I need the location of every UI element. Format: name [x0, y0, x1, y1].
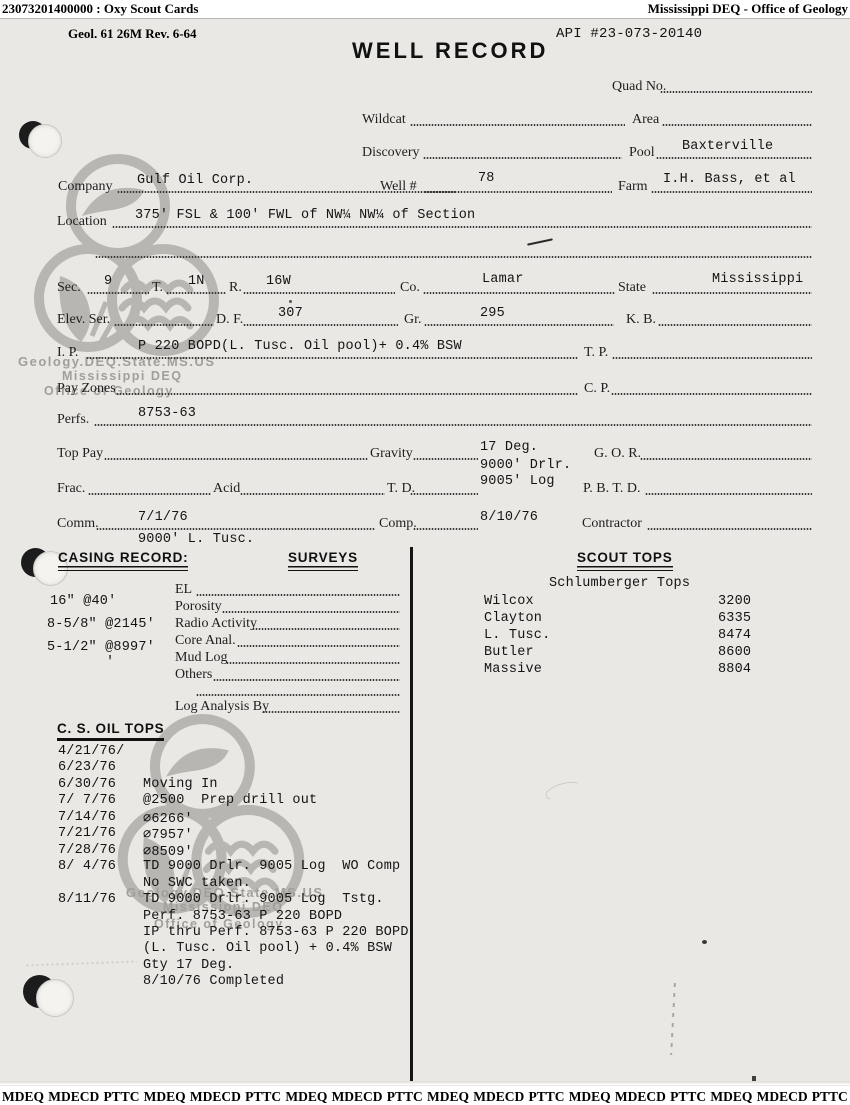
dotted-line [252, 628, 400, 630]
scout-top-depth: 8474 [718, 628, 751, 643]
field-wildcat-label: Wildcat [362, 112, 406, 128]
field-ip-value: P 220 BOPD(L. Tusc. Oil pool)+ 0.4% BSW [138, 339, 462, 354]
dotted-line [658, 324, 812, 326]
oil-tops-date: 7/21/76 [58, 826, 116, 841]
dotted-line [88, 493, 211, 495]
oil-tops-date: 6/23/76 [58, 760, 116, 775]
field-county-label: Co. [400, 280, 420, 296]
oil-tops-note: IP thru Perf. 8753-63 P 220 BOPD [143, 925, 409, 940]
dotted-line [94, 424, 812, 426]
api-number: API #23-073-20140 [556, 26, 702, 42]
field-gr-value: 295 [480, 306, 505, 321]
oil-tops-date: 7/28/76 [58, 843, 116, 858]
field-pool-label: Pool [629, 145, 655, 161]
field-contractor-label: Contractor [582, 516, 642, 532]
dotted-line [410, 493, 478, 495]
field-well-no-label: Well # [380, 179, 417, 195]
field-state-label: State [618, 280, 646, 296]
dotted-line [240, 493, 385, 495]
dotted-line [196, 594, 400, 596]
footer-org-label: MDECD [615, 1089, 666, 1105]
scout-top-name: Wilcox [484, 594, 534, 609]
dotted-line [423, 157, 622, 159]
field-range-value: 16W [266, 274, 291, 289]
dotted-line [413, 458, 478, 460]
survey-item-label: Radio Activity [175, 616, 257, 632]
field-elev-ser-label: Elev. Ser. [57, 312, 110, 328]
field-comp-label: Comp. [379, 516, 417, 532]
casing-item: 5-1/2" @8997' [47, 640, 155, 655]
survey-item-label: Mud Log [175, 650, 228, 666]
field-sec-label: Sec. [57, 280, 81, 296]
ink-speck [702, 940, 707, 944]
oil-tops-note: @2500 Prep drill out [143, 793, 317, 808]
field-township-label: T. [152, 280, 163, 296]
footer-org-label: MDEQ [569, 1089, 611, 1105]
scout-top-name: Massive [484, 662, 542, 677]
dotted-line [656, 157, 812, 159]
dotted-line [424, 324, 614, 326]
field-state-value: Mississippi [712, 272, 803, 287]
scout-top-depth: 3200 [718, 594, 751, 609]
dotted-line [226, 662, 400, 664]
field-acid-label: Acid [213, 481, 240, 497]
scanned-well-record-page: 23073201400000 : Oxy Scout Cards Mississ… [0, 0, 850, 1105]
dotted-line [166, 292, 226, 294]
dotted-line [645, 493, 812, 495]
oil-tops-date: 8/11/76 [58, 892, 116, 907]
footer-org-label: MDEQ [285, 1089, 327, 1105]
surveys-heading: SURVEYS [288, 550, 358, 571]
card-bottom-edge [0, 1081, 850, 1085]
footer-org-label: MDEQ [710, 1089, 752, 1105]
footer-org-label: MDECD [473, 1089, 524, 1105]
dotted-line [237, 645, 400, 647]
dotted-line [611, 393, 812, 395]
field-comp-value: 8/10/76 [480, 510, 538, 525]
casing-item: 8-5/8" @2145' [47, 617, 155, 632]
field-location-label: Location [57, 214, 107, 230]
dotted-line [647, 528, 812, 530]
field-farm-value: I.H. Bass, et al [663, 172, 796, 187]
survey-item-label: EL [175, 582, 192, 598]
dotted-line [660, 91, 812, 93]
footer-org-label: PTTC [387, 1089, 423, 1105]
footer-org-label: PTTC [812, 1089, 848, 1105]
oil-tops-note: Perf. 8753-63 P 220 BOPD [143, 909, 342, 924]
dotted-line [95, 256, 812, 258]
field-comm-value: 7/1/76 [138, 510, 188, 525]
dotted-line [213, 679, 400, 681]
field-well-no-value: 78 [478, 171, 495, 186]
dotted-line [112, 226, 812, 228]
scan-card-id: 23073201400000 : Oxy Scout Cards [2, 1, 198, 17]
field-gr-label: Gr. [404, 312, 422, 328]
scout-top-depth: 6335 [718, 611, 751, 626]
oil-tops-note: No SWC taken. [143, 876, 251, 891]
dotted-line [222, 611, 400, 613]
log-analysis-by-label: Log Analysis By [175, 699, 269, 715]
stray-tick-mark: ' [106, 655, 114, 670]
scan-header-bar: 23073201400000 : Oxy Scout Cards Mississ… [0, 0, 850, 17]
oil-tops-date: 7/14/76 [58, 810, 116, 825]
field-comm-label: Comm. [57, 516, 99, 532]
oil-tops-note: (L. Tusc. Oil pool) + 0.4% BSW [143, 941, 392, 956]
oil-tops-date: 7/ 7/76 [58, 793, 116, 808]
oil-tops-note: ∅7957' [143, 826, 193, 843]
footer-org-label: MDEQ [2, 1089, 44, 1105]
field-tp-label: T. P. [584, 345, 608, 361]
field-gravity-label: Gravity [370, 446, 413, 462]
page-title: WELL RECORD [352, 38, 548, 64]
dotted-line [114, 324, 214, 326]
footer-org-label: PTTC [670, 1089, 706, 1105]
oil-tops-note: Gty 17 Deg. [143, 958, 234, 973]
footer-org-label: MDEQ [427, 1089, 469, 1105]
footer-org-label: MDECD [190, 1089, 241, 1105]
footer-org-label: MDEQ [144, 1089, 186, 1105]
dotted-line [652, 292, 812, 294]
dotted-line [243, 292, 395, 294]
field-comm-note-value: 9000' L. Tusc. [138, 532, 254, 547]
field-company-value: Gulf Oil Corp. [137, 173, 253, 188]
casing-item: 16" @40' [50, 594, 116, 609]
oil-tops-note: ∅6266' [143, 810, 193, 827]
field-township-value: 1N [188, 274, 205, 289]
dotted-line [424, 191, 612, 193]
footer-org-label: PTTC [245, 1089, 281, 1105]
oil-tops-date: 6/30/76 [58, 777, 116, 792]
field-perfs-value: 8753-63 [138, 406, 196, 421]
form-number: Geol. 61 26M Rev. 6-64 [68, 26, 197, 42]
dotted-line [243, 324, 398, 326]
field-perfs-label: Perfs. [57, 412, 89, 428]
survey-item-label: Porosity [175, 599, 222, 615]
footer-org-label: MDECD [757, 1089, 808, 1105]
footer-org-label: MDECD [332, 1089, 383, 1105]
field-pool-value: Baxterville [682, 139, 773, 154]
field-top-pay-label: Top Pay [57, 446, 103, 462]
field-frac-label: Frac. [57, 481, 85, 497]
dotted-line [196, 694, 400, 696]
section-divider [410, 547, 413, 1083]
dotted-line [87, 292, 149, 294]
oil-tops-date: 8/ 4/76 [58, 859, 116, 874]
field-gor-label: G. O. R. [594, 446, 641, 462]
field-farm-label: Farm [618, 179, 648, 195]
dotted-line [410, 124, 625, 126]
field-quad-no-label: Quad No. [612, 79, 666, 95]
dotted-line [104, 458, 368, 460]
field-cp-label: C. P. [584, 381, 610, 397]
dotted-line [116, 393, 578, 395]
dotted-line [262, 711, 400, 713]
field-area-label: Area [632, 112, 659, 128]
dotted-line [413, 528, 478, 530]
scout-top-depth: 8804 [718, 662, 751, 677]
footer-org-label: PTTC [528, 1089, 564, 1105]
oil-tops-note: TD 9000 Drlr. 9005 Log WO Comp [143, 859, 400, 874]
punch-hole [36, 979, 74, 1017]
field-kb-label: K. B. [626, 312, 656, 328]
scout-top-name: L. Tusc. [484, 628, 550, 643]
dotted-line [96, 528, 375, 530]
footer-org-label: MDECD [48, 1089, 99, 1105]
casing-record-heading: CASING RECORD: [58, 550, 188, 571]
scout-tops-heading: SCOUT TOPS [577, 550, 673, 571]
survey-item-label: Others [175, 667, 212, 683]
scout-top-depth: 8600 [718, 645, 751, 660]
field-discovery-label: Discovery [362, 145, 420, 161]
scan-footer-bar: MDEQ MDECD PTTC MDEQ MDECD PTTC MDEQ MDE… [2, 1089, 848, 1105]
field-sec-value: 9 [104, 274, 112, 289]
field-pay-zones-label: Pay Zones [57, 381, 116, 397]
dotted-line [86, 357, 578, 359]
oil-tops-date: 4/21/76/ [58, 744, 124, 759]
field-pbtd-label: P. B. T. D. [583, 481, 640, 497]
dotted-line [640, 458, 812, 460]
scout-top-name: Clayton [484, 611, 542, 626]
field-td-driller-value: 9000' Drlr. [480, 458, 571, 473]
oil-tops-note: ∅8509' [143, 843, 193, 860]
dotted-line [423, 292, 615, 294]
punch-hole [28, 124, 62, 158]
survey-item-label: Core Anal. [175, 633, 236, 649]
field-td-log-value: 9005' Log [480, 474, 555, 489]
field-location-value: 375' FSL & 100' FWL of NW¼ NW¼ of Sectio… [135, 208, 475, 223]
dotted-line [651, 191, 812, 193]
ink-speck [289, 300, 292, 303]
scout-top-name: Butler [484, 645, 534, 660]
field-gravity-value: 17 Deg. [480, 440, 538, 455]
oil-tops-note: Moving In [143, 777, 218, 792]
scout-tops-subheading: Schlumberger Tops [549, 576, 690, 591]
cs-oil-tops-heading: C. S. OIL TOPS [57, 721, 164, 741]
field-company-label: Company [58, 179, 112, 195]
dotted-line [662, 124, 812, 126]
field-county-value: Lamar [482, 272, 524, 287]
field-ip-label: I. P. [57, 345, 78, 361]
field-df-value: 307 [278, 306, 303, 321]
field-range-label: R. [229, 280, 242, 296]
logo-swoosh [166, 748, 229, 776]
scan-agency-label: Mississippi DEQ - Office of Geology [648, 1, 848, 17]
oil-tops-note: TD 9000 Drlr. 9005 Log Tstg. [143, 892, 384, 907]
footer-org-label: PTTC [103, 1089, 139, 1105]
oil-tops-note: 8/10/76 Completed [143, 974, 284, 989]
field-df-label: D. F. [216, 312, 243, 328]
dotted-line [612, 357, 812, 359]
